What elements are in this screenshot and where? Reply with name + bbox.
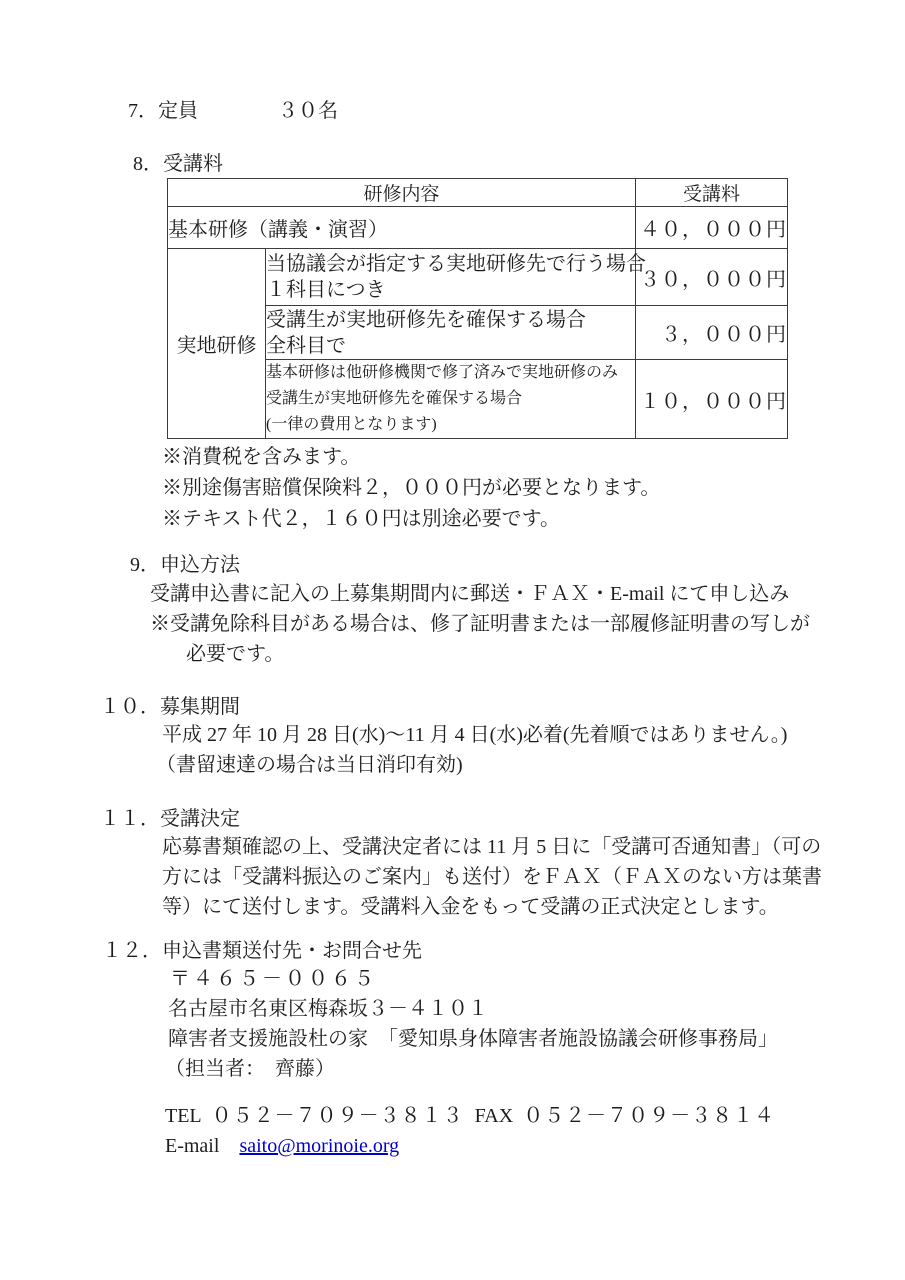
- desc-line: (一律の費用となります): [266, 412, 635, 438]
- fee-note: ※テキスト代２，１６０円は別途必要です。: [162, 504, 660, 535]
- desc-line: 全科目で: [266, 333, 635, 359]
- fee-table-header-row: 研修内容 受講料: [168, 179, 788, 207]
- contact-email-line: E-mailsaito@morinoie.org: [165, 1133, 399, 1159]
- document-page: 7．定員 ３０名 8．受講料 研修内容 受講料 基本研修（講義・演習） ４０，０…: [0, 0, 905, 1280]
- email-label: E-mail: [165, 1135, 219, 1157]
- section-number: １０．: [100, 694, 160, 720]
- section-number: １１．: [100, 806, 160, 832]
- fee-table: 研修内容 受講料 基本研修（講義・演習） ４０，０００円 実地研修 当協議会が指…: [167, 178, 788, 439]
- fax-number: ０５２－７０９－３８１４: [523, 1105, 775, 1127]
- decision-line: 等）にて送付します。受講料入金をもって受講の正式決定とします。: [162, 894, 779, 920]
- fee-group-label: 実地研修: [168, 249, 266, 439]
- fee-note: ※消費税を含みます。: [162, 442, 660, 473]
- section-title: 受講料: [163, 151, 223, 177]
- section-application-heading: 9．申込方法: [130, 552, 240, 578]
- section-title: 受講決定: [160, 806, 240, 832]
- fee-notes: ※消費税を含みます。 ※別途傷害賠償保険料２，０００円が必要となります。 ※テキ…: [162, 442, 660, 535]
- section-number: 7．: [128, 98, 158, 124]
- section-period-heading: １０．募集期間: [100, 694, 240, 720]
- decision-line: 応募書類確認の上、受講決定者には 11 月 5 日に「受講可否通知書」（可の: [162, 834, 821, 860]
- capacity-value: ３０名: [278, 98, 338, 124]
- fee-onsite-2-amount: ３，０００円: [636, 306, 788, 360]
- section-title: 定員: [158, 98, 198, 124]
- desc-line: 受講生が実地研修先を確保する場合: [266, 386, 635, 412]
- desc-line: 基本研修は他研修機関で修了済みで実地研修のみ: [266, 360, 635, 386]
- period-line: 平成 27 年 10 月 28 日(水)～11 月 4 日(水)必着(先着順では…: [162, 722, 787, 748]
- contact-tel-fax-line: TEL０５２－７０９－３８１３ FAX０５２－７０９－３８１４: [165, 1103, 775, 1129]
- fee-onsite-1-desc: 当協議会が指定する実地研修先で行う場合 １科目につき: [266, 249, 636, 306]
- decision-line: 方には「受講料振込のご案内」も送付）をＦＡＸ（ＦＡＸのない方は葉書: [162, 864, 822, 890]
- contact-person: （担当者： 齊藤）: [165, 1056, 335, 1082]
- contact-address: 名古屋市名東区梅森坂３－４１０１: [168, 996, 488, 1022]
- tel-label: TEL: [165, 1105, 202, 1127]
- tel-number: ０５２－７０９－３８１３: [212, 1105, 464, 1127]
- fee-table-header-fee: 受講料: [636, 179, 788, 207]
- fee-row-basic: 基本研修（講義・演習） ４０，０００円: [168, 207, 788, 249]
- section-number: 9．: [130, 552, 160, 578]
- desc-line: 当協議会が指定する実地研修先で行う場合: [266, 251, 635, 277]
- application-line: 受講申込書に記入の上募集期間内に郵送・ＦＡＸ・E-mail にて申し込み: [150, 581, 789, 607]
- fax-label: FAX: [475, 1105, 514, 1127]
- email-link[interactable]: saito@morinoie.org: [239, 1135, 399, 1157]
- fee-note: ※別途傷害賠償保険料２，０００円が必要となります。: [162, 473, 660, 504]
- fee-onsite-2-desc: 受講生が実地研修先を確保する場合 全科目で: [266, 306, 636, 360]
- section-fee-heading: 8．受講料: [133, 151, 223, 177]
- fee-onsite-3-desc: 基本研修は他研修機関で修了済みで実地研修のみ 受講生が実地研修先を確保する場合 …: [266, 360, 636, 439]
- fee-row-onsite-1: 実地研修 当協議会が指定する実地研修先で行う場合 １科目につき ３０，０００円: [168, 249, 788, 306]
- section-title: 申込書類送付先・お問合せ先: [162, 938, 422, 964]
- section-decision-heading: １１．受講決定: [100, 806, 240, 832]
- section-title: 申込方法: [160, 552, 240, 578]
- fee-onsite-1-amount: ３０，０００円: [636, 249, 788, 306]
- section-contact-heading: １２．申込書類送付先・お問合せ先: [102, 938, 422, 964]
- section-number: １２．: [102, 938, 162, 964]
- application-line: 必要です。: [186, 641, 284, 667]
- section-number: 8．: [133, 151, 163, 177]
- fee-onsite-3-amount: １０，０００円: [636, 360, 788, 439]
- application-line: ※受講免除科目がある場合は、修了証明書または一部履修証明書の写しが: [150, 611, 810, 637]
- fee-basic-amount: ４０，０００円: [636, 207, 788, 249]
- desc-line: １科目につき: [266, 277, 635, 303]
- contact-postal-code: 〒４６５－００６５: [170, 966, 377, 992]
- section-capacity-heading: 7．定員: [128, 98, 198, 124]
- section-title: 募集期間: [160, 694, 240, 720]
- fee-basic-content: 基本研修（講義・演習）: [168, 207, 636, 249]
- period-line: （書留速達の場合は当日消印有効): [156, 752, 463, 778]
- fee-table-header-content: 研修内容: [168, 179, 636, 207]
- desc-line: 受講生が実地研修先を確保する場合: [266, 307, 635, 333]
- contact-facility: 障害者支援施設杜の家 「愛知県身体障害者施設協議会研修事務局」: [168, 1026, 778, 1052]
